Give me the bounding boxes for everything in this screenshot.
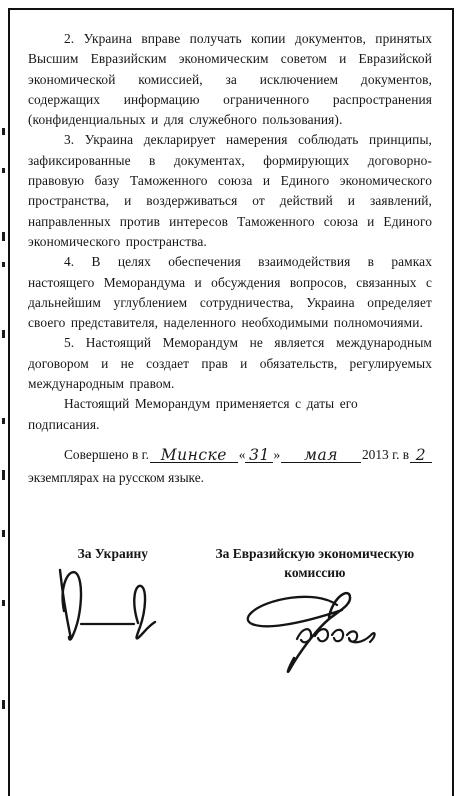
day-handwritten: 31 [249,446,270,464]
execution-line: Совершено в г. Минске «31» мая 2013 г. в… [28,444,432,466]
scan-artifact [2,128,5,135]
scan-artifact [2,262,5,267]
scan-artifact [2,330,5,338]
scan-artifact [2,418,5,424]
scanned-document-page: { "body": { "paragraphs": [ "2. Украина … [0,0,460,796]
applies-line: Настоящий Меморандум применяется с даты … [28,394,432,435]
execution-year: 2013 г. в [362,444,409,466]
month-blank: мая [281,447,361,463]
paragraph-3: 3. Украина декларирует намерения соблюда… [28,130,432,252]
signature-right-handwriting [239,585,391,677]
scan-artifact [2,600,5,606]
copies-blank: 2 [410,447,432,463]
signature-left-label: За Украину [78,544,148,563]
memorandum-body: 2. Украина вправе получать копии докумен… [28,29,432,435]
scan-artifact [2,168,5,173]
paragraph-4: 4. В целях обеспечения взаимодействия в … [28,252,432,333]
scan-artifact [2,470,5,480]
copies-handwritten: 2 [416,446,426,464]
signature-block: За Украину За Евразийскую экономическую … [28,544,432,677]
signature-right-column: За Евразийскую экономическую комиссию [198,544,432,677]
scan-artifact [2,232,5,241]
scan-artifact [2,530,5,537]
city-blank: Минске [150,447,238,463]
signature-left-column: За Украину [28,544,198,677]
scan-artifact [2,700,5,709]
day-group: «31» [239,444,280,466]
day-blank: 31 [245,447,273,463]
quote-close: » [273,447,280,462]
signature-left-handwriting [47,565,179,653]
month-handwritten: мая [304,446,338,464]
paragraph-2: 2. Украина вправе получать копии докумен… [28,29,432,130]
document-page: 2. Украина вправе получать копии докумен… [10,10,451,796]
quote-open: « [239,447,246,462]
paragraph-5: 5. Настоящий Меморандум не является межд… [28,333,432,394]
execution-prefix: Совершено в г. [64,444,149,466]
city-handwritten: Минске [161,446,227,464]
signature-right-label: За Евразийскую экономическую комиссию [212,544,417,582]
execution-continuation: экземплярах на русском языке. [28,468,432,488]
